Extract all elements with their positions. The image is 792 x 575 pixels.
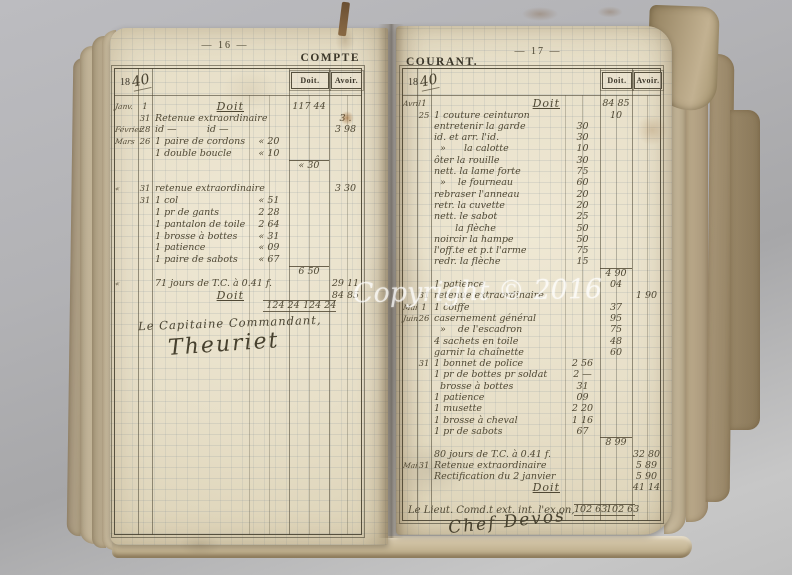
cell-description: noircir la hampe xyxy=(431,235,565,245)
page-number-right: — 17 — xyxy=(483,46,593,57)
ledger-page-right: — 17 — COURANT. 1840 Doit. Avoir. Avril … xyxy=(396,26,672,535)
ledger-row: Le Lieut. Comd.t ext. int. l'ex.on, 102 … xyxy=(402,505,661,516)
cell-price: « 10 xyxy=(249,149,289,159)
cell-avoir: 41 14 xyxy=(632,483,661,493)
cell-date-day: 1 xyxy=(138,102,152,112)
cell-description: 1 brosse à bottes xyxy=(152,232,249,242)
page-number-left: — 16 — xyxy=(170,40,280,51)
ledger-row: Doit 41 14 xyxy=(402,482,661,493)
cell-doit: 124 24 xyxy=(263,300,303,312)
cell-description: 80 jours de T.C. à 0.41 f. xyxy=(431,450,565,460)
cell-avoir: 84 85 xyxy=(329,291,362,301)
cell-avoir: 32 80 xyxy=(632,450,661,460)
cell-avoir: 5 89 xyxy=(632,461,661,471)
signature-captain: Theuriet xyxy=(167,328,280,361)
ledger-row: rebraser l'anneau 20 xyxy=(402,188,661,199)
ledger-row: 1 pr de gants 2 28 xyxy=(114,206,362,218)
cell-price: « 31 xyxy=(249,232,289,242)
cell-description: » de l'escadron xyxy=(431,325,565,335)
page-edge-stack-right xyxy=(730,110,760,430)
ledger-row: 1 brosse à cheval 1 16 xyxy=(402,414,661,425)
year-cell: 1840 xyxy=(120,73,150,90)
cell-description: entretenir la garde xyxy=(431,122,565,132)
cell-description: 1 paire de cordons xyxy=(152,137,249,147)
ledger-row: 1 paire de sabots « 67 xyxy=(114,253,362,265)
column-header-doit: Doit. xyxy=(291,72,329,89)
cell-description: 1 coiffe xyxy=(431,303,565,313)
ledger-row: 6 50 xyxy=(114,265,362,277)
cell-price: « 51 xyxy=(249,196,289,206)
cell-price: « 67 xyxy=(249,255,289,265)
cell-description: 1 pantalon de toile xyxy=(152,220,249,230)
ledger-row: « 71 jours de T.C. à 0.41 f. 29 11 xyxy=(114,277,362,289)
year-printed: 18 xyxy=(408,77,418,88)
cell-date-month: « xyxy=(113,279,138,289)
cell-description: 1 patience xyxy=(152,243,249,253)
cell-doit: 102 63 xyxy=(574,504,606,516)
ledger-row: noircir la hampe 50 xyxy=(402,234,661,245)
cell-doit: 37 xyxy=(600,303,632,313)
cell-description: 1 col xyxy=(152,196,249,206)
cell-price: « 09 xyxy=(249,243,289,253)
cell-doit: 10 xyxy=(600,111,632,121)
ledger-row: 31 1 col « 51 xyxy=(114,194,362,206)
ledger-rows-left: Janv. 1 Doit 117 44 31 Retenue extraordi… xyxy=(114,100,362,312)
cell-description: Doit xyxy=(152,291,249,301)
year-printed: 18 xyxy=(120,77,130,88)
ledger-row: Février 28 id — id — 3 98 xyxy=(114,124,362,136)
column-header-avoir: Avoir. xyxy=(634,72,662,89)
cell-doit: 60 xyxy=(600,348,632,358)
cell-price: 30 xyxy=(565,122,600,132)
column-header-avoir: Avoir. xyxy=(331,72,362,89)
ledger-row: 1 musette 2 20 xyxy=(402,403,661,414)
ledger-row: l'off.te et p.t l'arme 75 xyxy=(402,245,661,256)
cell-price: 10 xyxy=(565,144,600,154)
cell-price: 15 xyxy=(565,257,600,267)
ledger-row: Mars 26 1 paire de cordons « 20 xyxy=(114,135,362,147)
cell-description: id. et arr. l'id. xyxy=(431,133,565,143)
cell-date-month: Février xyxy=(113,125,138,135)
cell-price: 60 xyxy=(565,178,600,188)
book-gutter xyxy=(378,24,404,538)
ledger-row: Mai 31 Retenue extraordinaire 5 89 xyxy=(402,460,661,471)
cell-description: retenue extraordinaire xyxy=(431,291,565,301)
cell-price: 50 xyxy=(565,235,600,245)
ledger-row: 8 99 xyxy=(402,437,661,448)
cell-description: casernement général xyxy=(431,314,565,324)
column-header-doit: Doit. xyxy=(602,72,632,89)
cell-doit: 6 50 xyxy=(289,266,329,277)
cell-description: 1 musette xyxy=(431,404,565,414)
cell-description: Retenue extraordinaire xyxy=(431,461,565,471)
ledger-row: redr. la flèche 15 xyxy=(402,256,661,267)
ledger-row: Mai 1 1 coiffe 37 xyxy=(402,301,661,312)
ledger-row: 1 patience 09 xyxy=(402,392,661,403)
cell-avoir: 3 98 xyxy=(329,125,362,135)
cell-description: 1 bonnet de police xyxy=(431,359,565,369)
cell-description: 1 pr de sabots xyxy=(431,427,565,437)
cell-date-month: « xyxy=(113,184,138,194)
cell-date-day: 25 xyxy=(417,111,431,121)
cell-avoir: 5 90 xyxy=(632,472,661,482)
ledger-row: Doit 84 85 xyxy=(114,289,362,301)
cell-avoir: 102 63 xyxy=(606,504,635,516)
cell-description: 1 pr de gants xyxy=(152,208,249,218)
cell-price: 75 xyxy=(565,246,600,256)
cell-description: 1 brosse à cheval xyxy=(431,416,565,426)
ledger-row: Juin 26 casernement général 95 xyxy=(402,313,661,324)
ledger-row: 4 90 xyxy=(402,267,661,278)
cell-doit: « 30 xyxy=(289,160,329,171)
ledger-row: la flèche 50 xyxy=(402,222,661,233)
cell-date-day: 26 xyxy=(417,314,431,324)
cell-description: Le Lieut. Comd.t ext. int. l'ex.on, xyxy=(405,506,539,516)
cell-price: 25 xyxy=(565,212,600,222)
ledger-row: 1 patience « 09 xyxy=(114,242,362,254)
cell-price: 31 xyxy=(565,382,600,392)
cell-description: 1 paire de sabots xyxy=(152,255,249,265)
ledger-row: « 31 retenue extraordinaire 3 30 xyxy=(114,183,362,195)
cell-price: 20 xyxy=(565,201,600,211)
cell-price: « 20 xyxy=(249,137,289,147)
cell-price: 75 xyxy=(565,167,600,177)
cell-description: redr. la flèche xyxy=(431,257,565,267)
ledger-row: 80 jours de T.C. à 0.41 f. 32 80 xyxy=(402,448,661,459)
cell-description: 1 pr de bottes pr soldat xyxy=(431,370,565,380)
cell-price: 30 xyxy=(565,156,600,166)
ledger-row: 1 pr de sabots 67 xyxy=(402,426,661,437)
cell-doit: 8 99 xyxy=(600,437,632,448)
cell-description: 1 patience xyxy=(431,393,565,403)
cell-avoir: 29 11 xyxy=(329,279,362,289)
cell-date-day: 31 xyxy=(138,184,152,194)
cell-description: ôter la rouille xyxy=(431,156,565,166)
cell-description: l'off.te et p.t l'arme xyxy=(431,246,565,256)
ledger-rows-right: Avril 1 Doit 84 85 25 1 couture ceinturo… xyxy=(402,98,661,516)
ledger-row: garnir la chaînette 60 xyxy=(402,347,661,358)
cell-date-day: 31 xyxy=(417,461,431,471)
cell-date-day: 1 xyxy=(417,303,431,313)
cell-description: nett. la lame forte xyxy=(431,167,565,177)
running-title-compte: COMPTE xyxy=(301,52,360,64)
cell-description: Retenue extraordinaire xyxy=(152,114,249,124)
cell-description: rebraser l'anneau xyxy=(431,190,565,200)
cell-description: 1 double boucle xyxy=(152,149,249,159)
cell-description: » le fourneau xyxy=(431,178,565,188)
cell-date-day: 31 xyxy=(417,359,431,369)
cell-description: 1 couture ceinturon xyxy=(431,111,565,121)
cell-doit: 84 85 xyxy=(600,99,632,109)
cell-doit: 95 xyxy=(600,314,632,324)
ledger-row: Janv. 1 Doit 117 44 xyxy=(114,100,362,112)
ledger-row: 31 retenue extraordinaire 1 90 xyxy=(402,290,661,301)
ledger-row: Rectification du 2 janvier 5 90 xyxy=(402,471,661,482)
cell-avoir: 124 24 xyxy=(303,300,336,312)
ledger-row: 31 1 bonnet de police 2 56 xyxy=(402,358,661,369)
ledger-row: » de l'escadron 75 xyxy=(402,324,661,335)
cell-description: 71 jours de T.C. à 0.41 f. xyxy=(152,279,249,289)
cell-doit: 48 xyxy=(600,337,632,347)
cell-description: Doit xyxy=(431,483,565,493)
cell-description: id — id — xyxy=(152,125,249,135)
ledger-row: Avril 1 Doit 84 85 xyxy=(402,98,661,109)
cell-description: nett. le sabot xyxy=(431,212,565,222)
cell-date-month: Janv. xyxy=(113,102,138,112)
cell-date-day: 31 xyxy=(138,114,152,124)
cell-doit: 04 xyxy=(600,280,632,290)
cell-price: 67 xyxy=(565,427,600,437)
cell-description: Doit xyxy=(431,99,565,109)
cell-description: retenue extraordinaire xyxy=(152,184,249,194)
cell-description: 1 patience xyxy=(431,280,565,290)
ledger-row: retr. la cuvette 20 xyxy=(402,200,661,211)
ledger-row: 1 double boucle « 10 xyxy=(114,147,362,159)
scanned-ledger-photo: — 16 — COMPTE 1840 Doit. Avoir. Janv. 1 … xyxy=(0,0,792,575)
cell-doit: 75 xyxy=(600,325,632,335)
cell-price: 50 xyxy=(565,224,600,234)
cell-description: 4 sachets en toile xyxy=(431,337,565,347)
ledger-row: 31 Retenue extraordinaire 3 . xyxy=(114,112,362,124)
cell-price: 20 xyxy=(565,190,600,200)
cell-avoir: 3 . xyxy=(329,114,362,124)
cell-price: 1 16 xyxy=(565,416,600,426)
ledger-row: 25 1 couture ceinturon 10 xyxy=(402,109,661,120)
ledger-row: « 30 xyxy=(114,159,362,171)
running-title-courant: COURANT. xyxy=(406,56,478,68)
ledger-row: 4 sachets en toile 48 xyxy=(402,335,661,346)
cell-price: 2 20 xyxy=(565,404,600,414)
ledger-row: » la calotte 10 xyxy=(402,143,661,154)
year-handwritten: 40 xyxy=(418,71,439,91)
cell-date-month: Mars xyxy=(113,137,138,147)
cell-avoir: 3 30 xyxy=(329,184,362,194)
ledger-row xyxy=(114,171,362,183)
header-rule xyxy=(402,95,661,96)
ledger-row: id. et arr. l'id. 30 xyxy=(402,132,661,143)
ledger-row: nett. la lame forte 75 xyxy=(402,166,661,177)
cell-avoir: 1 90 xyxy=(632,291,661,301)
cell-description: la flèche xyxy=(431,224,565,234)
ledger-row: 1 pr de bottes pr soldat 2 — xyxy=(402,369,661,380)
ledger-row: nett. le sabot 25 xyxy=(402,211,661,222)
cell-description: retr. la cuvette xyxy=(431,201,565,211)
year-handwritten: 40 xyxy=(130,71,151,91)
cell-description: garnir la chaînette xyxy=(431,348,565,358)
ledger-row: ôter la rouille 30 xyxy=(402,154,661,165)
cell-doit: 4 90 xyxy=(600,268,632,279)
cell-price: 2 28 xyxy=(249,208,289,218)
ledger-row xyxy=(402,493,661,504)
cell-date-day: 26 xyxy=(138,137,152,147)
cell-description: Doit xyxy=(152,102,249,112)
ledger-row: brosse à bottes 31 xyxy=(402,380,661,391)
cell-date-day: 31 xyxy=(138,196,152,206)
year-cell: 1840 xyxy=(408,73,438,90)
cell-doit: 117 44 xyxy=(289,102,329,112)
ledger-row: 1 patience 04 xyxy=(402,279,661,290)
ledger-row: » le fourneau 60 xyxy=(402,177,661,188)
cell-price: 09 xyxy=(565,393,600,403)
cell-date-day: 31 xyxy=(417,291,431,301)
closing-line-captain: Le Capitaine Commandant, xyxy=(138,313,322,333)
cell-price: 2 — xyxy=(565,370,600,380)
ledger-row: 1 pantalon de toile 2 64 xyxy=(114,218,362,230)
ledger-page-left: — 16 — COMPTE 1840 Doit. Avoir. Janv. 1 … xyxy=(110,28,388,545)
cell-price: 30 xyxy=(565,133,600,143)
ledger-row: 124 24 124 24 xyxy=(114,301,362,313)
ledger-row: entretenir la garde 30 xyxy=(402,121,661,132)
header-rule xyxy=(114,95,362,96)
cell-price: 2 64 xyxy=(249,220,289,230)
cell-description: brosse à bottes xyxy=(431,382,565,392)
ledger-row: 1 brosse à bottes « 31 xyxy=(114,230,362,242)
cell-price: 2 56 xyxy=(565,359,600,369)
cell-description: » la calotte xyxy=(431,144,565,154)
